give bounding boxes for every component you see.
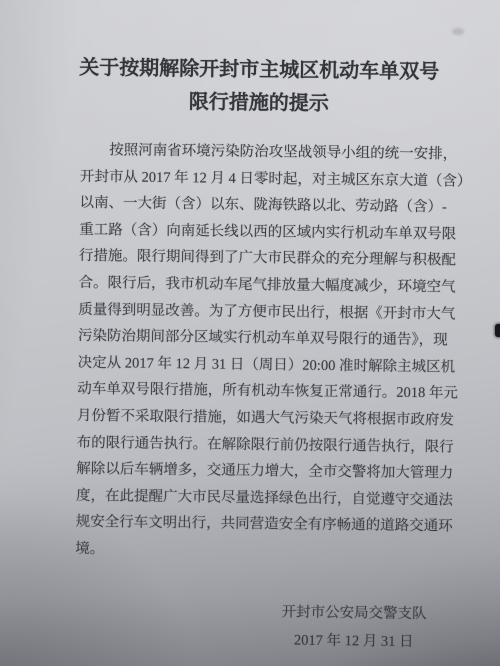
paper-smudge <box>452 28 464 35</box>
notice-title-line1: 关于按期解除开封市主城区机动车单双号 <box>15 51 500 90</box>
notice-title: 关于按期解除开封市主城区机动车单双号 限行措施的提示 <box>15 51 500 123</box>
body-line: 解除以后车辆增多，交通压力增大，全市交警将加大管理力 <box>76 456 440 487</box>
notice-page-content: 关于按期解除开封市主城区机动车单双号 限行措施的提示 按照河南省环境污染防治攻坚… <box>0 0 500 666</box>
signature-line: 开封市公安局交警支队 <box>281 598 426 628</box>
right-edge-artifact <box>495 324 500 337</box>
notice-body: 按照河南省环境污染防治攻坚战领导小组的统一安排， 开封市从 2017 年 12 … <box>75 137 444 567</box>
body-line: 以南、一大街（含）以东、陇海铁路以北、劳动路（含）- <box>79 190 443 221</box>
notice-footer: 开封市公安局交警支队 2017 年 12 月 31 日 <box>281 598 427 656</box>
notice-photo: 关于按期解除开封市主城区机动车单双号 限行措施的提示 按照河南省环境污染防治攻坚… <box>0 0 500 666</box>
body-line: 污染防治期间部分区域实行机动车单双号限行的通告》，现 <box>78 323 442 354</box>
body-line: 规安全行车文明出行，共同营造安全有序畅通的道路交通环 <box>76 509 440 540</box>
notice-title-line2: 限行措施的提示 <box>15 84 500 123</box>
body-line: 境。 <box>75 536 439 567</box>
body-line: 按照河南省环境污染防治攻坚战领导小组的统一安排， <box>80 137 444 168</box>
body-line: 合。限行后，我市机动车尾气排放量大幅度减少，环境空气 <box>78 270 442 301</box>
date-line: 2017 年 12 月 31 日 <box>281 626 426 656</box>
body-line: 月份暂不采取限行措施，如遇大气污染天气将根据市政府发 <box>77 403 441 434</box>
